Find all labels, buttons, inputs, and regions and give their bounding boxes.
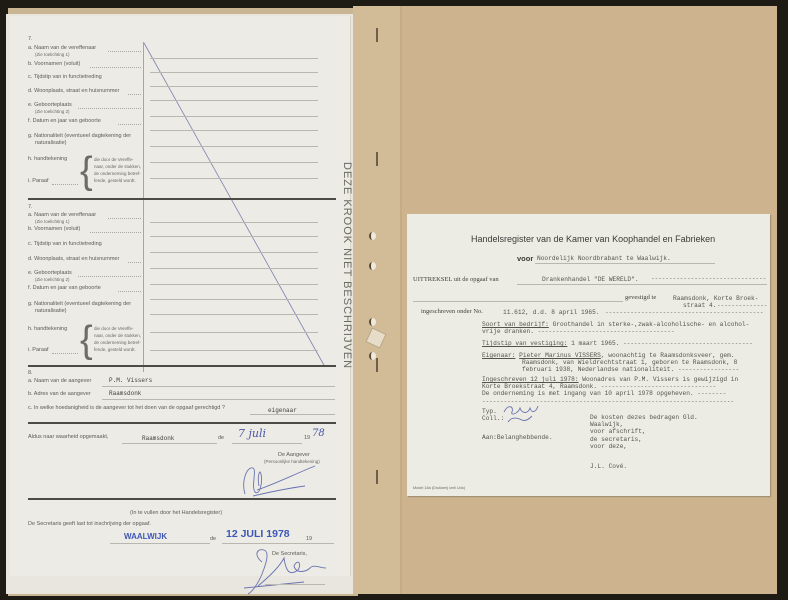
rule-line [150,236,318,237]
field-label-birthplace: e. Geboorteplaats [28,102,72,108]
coll-label: Coll.: [482,415,504,422]
rule-line [535,263,715,264]
spine-slot [376,358,378,372]
punch-hole [369,262,376,270]
rule-line [265,584,325,585]
rule-line [102,386,335,387]
field-sublabel: (Zie toelichting 2) [35,109,70,115]
rule-line [110,543,210,544]
section-divider [28,422,336,424]
handwritten-date: 7 juli [238,427,266,440]
applicant-signature [235,456,325,501]
dotted-leader [90,232,141,233]
field-label-address: d. Woonplaats, straat en huisnummer [28,88,119,94]
rule-line [102,399,335,400]
rule-line [150,130,318,131]
field-label-initials: i. Paraaf [28,347,49,353]
stamp-date: 12 JULI 1978 [226,528,290,540]
field-label-signature: h. handtekening [28,326,67,332]
dotted-leader [52,184,78,185]
rule-line [150,116,318,117]
section-divider [28,198,336,200]
field-label-address: d. Woonplaats, straat en huisnummer [28,256,119,262]
ingeschreven-value: 11.612, d.d. 8 april 1965. [503,309,600,316]
dotted-leader [78,108,141,109]
rule-line [150,314,318,315]
spine-slot [376,152,378,166]
dotted-leader [90,67,141,68]
rule-line [517,284,767,285]
dotted-leader [78,276,141,277]
field-sublabel: naturalisatie) [35,140,67,146]
rule-line [250,414,335,415]
registry-header: (In te vullen door het Handelsregister) [130,510,222,516]
rule-line [150,332,318,333]
dotted-leader [118,291,141,292]
business-name: Drankenhandel "DE WERELD". [542,276,639,283]
applicant-name-label: a. Naam van de aangever [28,378,91,384]
rule-line [150,178,318,179]
punch-hole [369,318,376,326]
field-label-birthplace: e. Geboorteplaats [28,270,72,276]
punch-hole [369,232,376,240]
spine-slot [376,28,378,42]
field-label-initials: i. Paraaf [28,178,49,184]
dash-filler: -------------- [717,302,767,309]
owner-name-underlined: Pieter Marinus VISSERS [519,352,601,359]
spine-fold-line [400,6,402,594]
signing-place: Raamsdonk [142,435,174,442]
applicant-address-label: b. Adres van de aangever [28,391,91,397]
field-label-start-date: c. Tijdstip van in functietreding [28,74,102,80]
year-prefix: 19 [304,435,310,441]
voor-label: voor [517,254,533,263]
field-label-firstnames: b. Voornamen (voluit) [28,226,80,232]
field-label-birthdate: f. Datum en jaar van geboorte [28,285,101,291]
rule-line [122,443,217,444]
vertical-warning-text: DEZE KROOK NIET BESCHRIJVEN [341,162,353,369]
rule-line [150,100,318,101]
applicant-capacity-label: c. In welke hoedanigheid is de aangever … [28,405,225,411]
field-label-name: a. Naam van de vereffenaar [28,212,96,218]
voor-value: Noordelijk Noordbrabant te Waalwijk. [537,255,671,262]
signing-label: Aldus naar waarheid opgemaakt, [28,434,108,440]
field-label-birthdate: f. Datum en jaar van geboorte [28,118,101,124]
applicant-address-value: Raamsdonk [109,390,141,397]
rule-line [150,162,318,163]
gevestigd-value-1: Raamsdonk, Korte Broek- [673,295,758,302]
rule-line [150,222,318,223]
section-divider [28,498,336,500]
rule-line [150,284,318,285]
spine-slot [376,470,378,484]
punch-hole [369,352,376,360]
typist-initials-handwritten [502,400,542,426]
entry-registration-change: Ingeschreven 12 juli 1978: Woonadres van… [482,376,738,397]
brace-symbol: { [80,152,93,190]
de-label: de [210,536,216,542]
dotted-leader [108,218,141,219]
section-number: 8. [28,370,33,376]
section-number: 7. [28,36,33,42]
folder-spine [353,6,402,594]
signatory-name: J.L. Cové. [590,463,627,470]
field-label-nationality: g. Nationaliteit (eventueel dagtekening … [28,133,131,139]
entry-owner: Eigenaar: Pieter Marinus VISSERS, woonac… [482,352,739,373]
section-number: 7. [28,204,33,210]
dotted-leader [118,124,141,125]
rule-line [150,350,318,351]
rule-line [232,443,302,444]
stamp-place: WAALWIJK [124,532,167,541]
applicant-name-value: P.M. Vissers [109,377,152,384]
rule-line [150,252,318,253]
rule-line [150,268,318,269]
dotted-leader [128,94,141,95]
registry-statement: De Secretaris geeft last tot inschrijvin… [28,521,151,527]
rule-line [413,301,623,302]
de-label: de [218,435,224,441]
rule-line [150,86,318,87]
void-diagonal-line [143,42,333,372]
field-label-start-date: c. Tijdstip van in functietreding [28,241,102,247]
brace-symbol: { [80,321,93,359]
field-sublabel: (Zie toelichting 1) [35,52,70,58]
rule-line [150,72,318,73]
secretary-signature [240,544,340,596]
registration-form-page: 7. a. Naam van de vereffenaar (Zie toeli… [10,16,351,576]
addressee: Aan:Belanghebbende. [482,434,553,441]
entry-business-type: Soort van bedrijf: Groothandel in sterke… [482,321,749,335]
field-label-signature: h. handtekening [28,156,67,162]
entry-establishment-date: Tijdstip van vestiging: 1 maart 1965. --… [482,340,753,347]
costs-block: De kosten dezes bedragen Gld. Waalwijk, … [590,414,698,450]
field-sublabel: (Zie toelichting 1) [35,219,70,225]
dotted-leader [128,262,141,263]
extract-title: Handelsregister van de Kamer van Koophan… [471,234,715,244]
brace-note: die door de Vereffe- naar, onder de stuk… [94,325,141,353]
dash-filler: ----------------------------------------… [605,309,767,316]
dash-filler: -------------------------------- [651,275,767,282]
field-label-name: a. Naam van de vereffenaar [28,45,96,51]
applicant-capacity-value: eigenaar [268,407,297,414]
field-label-firstnames: b. Voornamen (voluit) [28,61,80,67]
gevestigd-label: gevestigd te [625,294,656,301]
register-extract-slip: Handelsregister van de Kamer van Koophan… [407,214,770,496]
rule-line [150,58,318,59]
field-sublabel: naturalisatie) [35,308,67,314]
form-model-note: Model 18a (Drukkerij Izeli Udo) [413,486,465,490]
handwritten-year: 78 [312,428,325,439]
ingeschreven-label: ingeschreven onder No. [421,308,483,315]
uittreksel-label: UITTREKSEL uit de opgaaf van [413,276,499,283]
dotted-leader [52,353,78,354]
dotted-leader [108,51,141,52]
field-label-nationality: g. Nationaliteit (eventueel dagtekening … [28,301,131,307]
gevestigd-value-2: straat 4. [683,302,716,309]
typ-label: Typ. [482,408,497,415]
field-sublabel: (Zie toelichting 2) [35,277,70,283]
rule-line [150,299,318,300]
year-suffix: 19 [306,536,312,542]
rule-line [150,146,318,147]
section-divider [28,365,336,367]
brace-note: die door de Vereffe- naar, onder de stuk… [94,156,141,184]
